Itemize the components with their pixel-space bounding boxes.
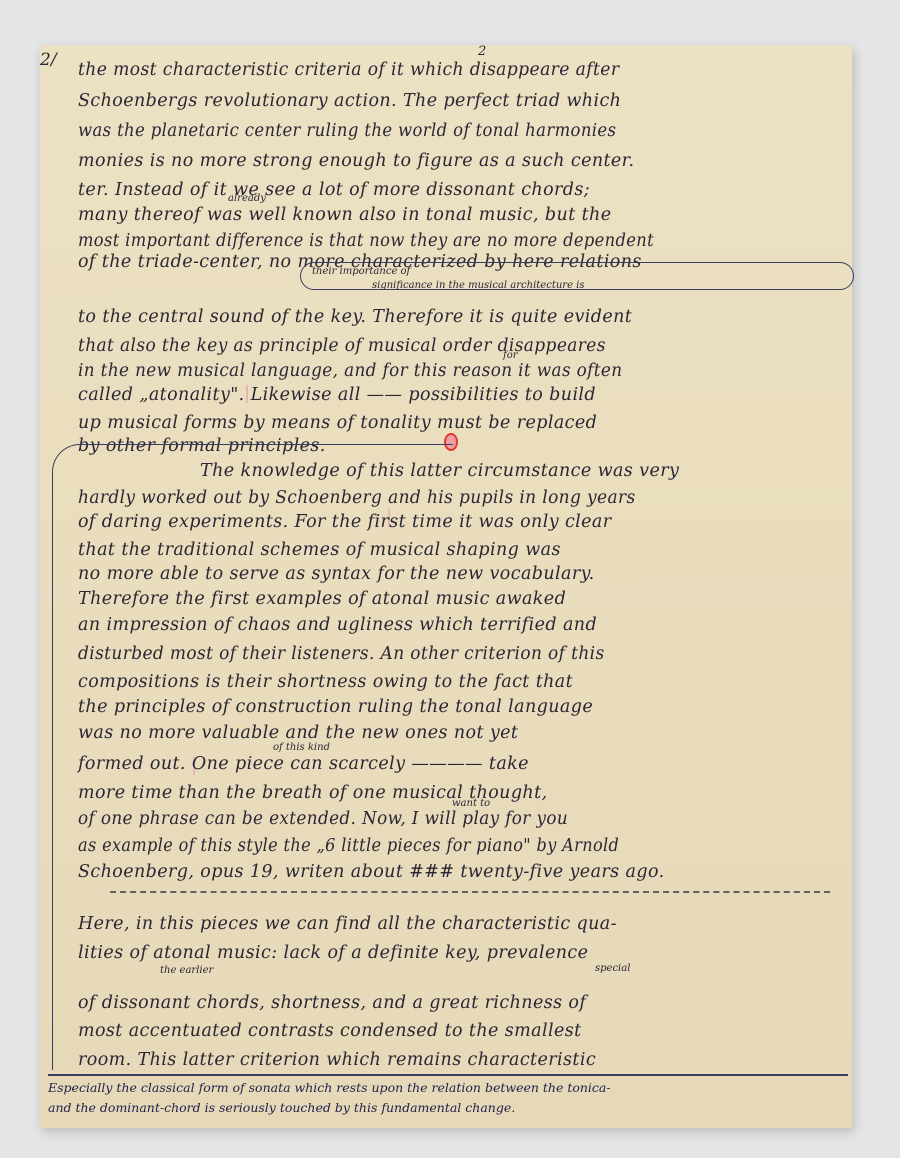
text-line: Schoenberg, opus 19, writen about ### tw… [78,862,665,882]
page-number: 2 [478,44,486,59]
insertion-the-earlier: the earlier [160,965,213,976]
text-line: most important difference is that now th… [78,231,654,251]
insertion-significance: significance in the musical architecture… [372,280,585,291]
text-line: Schoenbergs revolutionary action. The pe… [78,91,621,111]
insertion-of-this-kind: of this kind [273,742,330,753]
text-line: as example of this style the „6 little p… [78,836,619,856]
text-line: an impression of chaos and ugliness whic… [78,615,597,635]
text-line: formed out. One piece can scarcely ———— … [78,754,529,774]
text-line: was no more valuable and the new ones no… [78,723,518,743]
insertion-their: their importance of [312,266,410,277]
text-line: up musical forms by means of tonality mu… [78,413,597,433]
footnote-rule [48,1074,848,1076]
insertion-already: already [228,193,266,204]
text-line: that also the key as principle of musica… [78,336,606,356]
text-line: was the planetaric center ruling the wor… [78,121,616,141]
insertion-for: for [503,350,518,361]
text-line: that the traditional schemes of musical … [78,540,561,560]
insertion-special: special [595,963,630,974]
text-line: hardly worked out by Schoenberg and his … [78,488,636,508]
text-line: compositions is their shortness owing to… [78,672,573,692]
text-line: in the new musical language, and for thi… [78,361,622,381]
text-line: most accentuated contrasts condensed to … [78,1021,582,1041]
text-line: of dissonant chords, shortness, and a gr… [78,993,586,1013]
text-line: room. This latter criterion which remain… [78,1050,596,1070]
text-line: lities of atonal music: lack of a defini… [78,943,588,963]
text-line: The knowledge of this latter circumstanc… [200,461,679,481]
footnote-line: and the dominant-chord is seriously touc… [48,1100,515,1115]
text-line: to the central sound of the key. Therefo… [78,307,632,327]
text-line: Here, in this pieces we can find all the… [78,914,617,934]
text-line: called „atonality". Likewise all —— poss… [78,385,596,405]
text-line: Therefore the first examples of atonal m… [78,589,566,609]
text-line: of daring experiments. For the first tim… [78,512,612,532]
text-line: ter. Instead of it we see a lot of more … [78,180,590,200]
text-line: of one phrase can be extended. Now, I wi… [78,809,568,829]
text-line: monies is no more strong enough to figur… [78,151,635,171]
insertion-want-to: want to [452,798,490,809]
dashed-separator [110,891,830,895]
text-line: the principles of construction ruling th… [78,697,593,717]
text-line: the most characteristic criteria of it w… [78,60,619,80]
text-line: many thereof was well known also in tona… [78,205,611,225]
text-line: disturbed most of their listeners. An ot… [78,644,605,664]
footnote-line: Especially the classical form of sonata … [48,1080,611,1095]
margin-mark: 2/ [40,50,57,70]
text-line: no more able to serve as syntax for the … [78,564,595,584]
